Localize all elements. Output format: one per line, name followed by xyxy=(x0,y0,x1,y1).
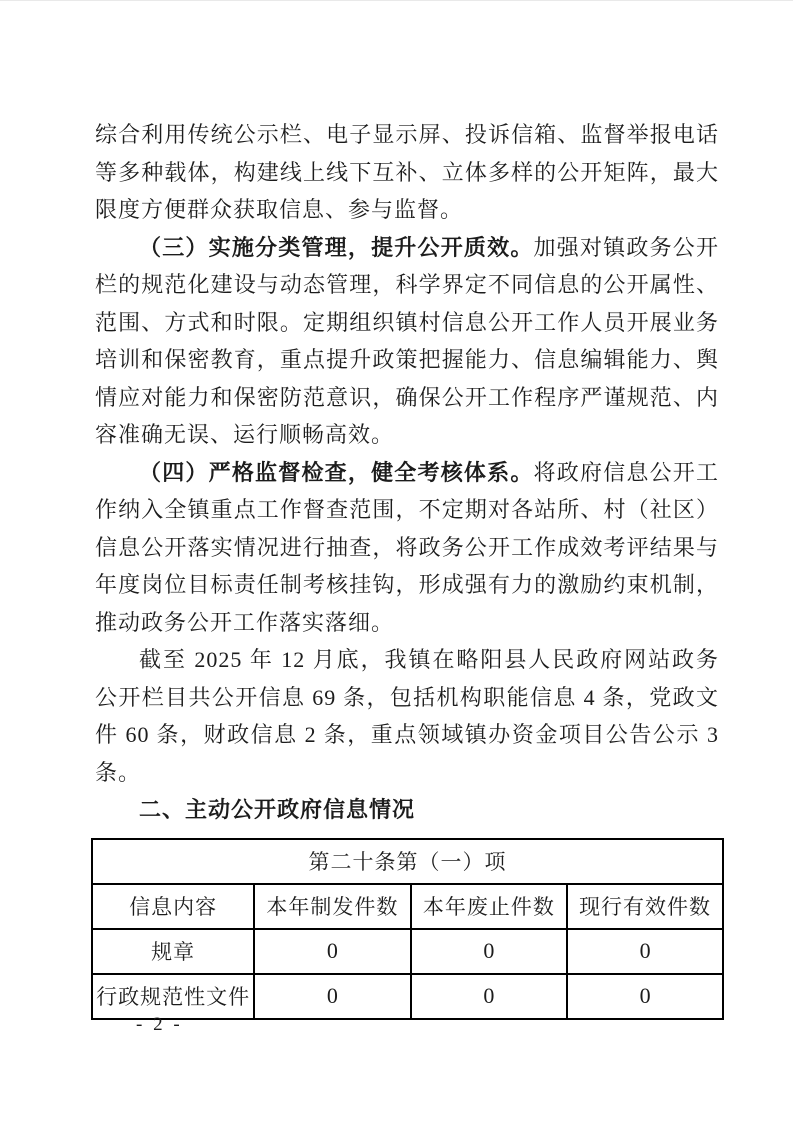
disclosure-table: 第二十条第（一）项 信息内容 本年制发件数 本年废止件数 现行有效件数 规章 0… xyxy=(91,838,724,1020)
cell-value: 0 xyxy=(411,929,567,974)
table-title: 第二十条第（一）项 xyxy=(92,839,723,884)
document-page: 综合利用传统公示栏、电子显示屏、投诉信箱、监督举报电话等多种载体，构建线上线下互… xyxy=(0,0,793,1122)
table-title-row: 第二十条第（一）项 xyxy=(92,839,723,884)
column-header-issued-this-year: 本年制发件数 xyxy=(254,884,410,929)
section-3-lead: （三）实施分类管理，提升公开质效。 xyxy=(139,235,534,260)
document-content: 综合利用传统公示栏、电子显示屏、投诉信箱、监督举报电话等多种载体，构建线上线下互… xyxy=(95,116,719,1020)
row-label-normative-documents: 行政规范性文件 xyxy=(92,974,254,1019)
body-text-run: 截至 2025 年 12 月底，我镇在略阳县人民政府网站政务公开栏目共公开信息 … xyxy=(95,647,719,785)
paragraph-section-4: （四）严格监督检查，健全考核体系。将政府信息公开工作纳入全镇重点工作督查范围，不… xyxy=(95,454,719,642)
row-label-regulations: 规章 xyxy=(92,929,254,974)
paragraph-statistics: 截至 2025 年 12 月底，我镇在略阳县人民政府网站政务公开栏目共公开信息 … xyxy=(95,641,719,791)
cell-value: 0 xyxy=(254,974,410,1019)
table-header-row: 信息内容 本年制发件数 本年废止件数 现行有效件数 xyxy=(92,884,723,929)
column-header-repealed-this-year: 本年废止件数 xyxy=(411,884,567,929)
cell-value: 0 xyxy=(411,974,567,1019)
paragraph-section-3: （三）实施分类管理，提升公开质效。加强对镇政务公开栏的规范化建设与动态管理，科学… xyxy=(95,229,719,454)
body-text-run: 综合利用传统公示栏、电子显示屏、投诉信箱、监督举报电话等多种载体，构建线上线下互… xyxy=(95,122,719,222)
cell-value: 0 xyxy=(254,929,410,974)
cell-value: 0 xyxy=(567,929,723,974)
body-text-run: 将政府信息公开工作纳入全镇重点工作督查范围，不定期对各站所、村（社区）信息公开落… xyxy=(95,460,719,635)
paragraph-continued: 综合利用传统公示栏、电子显示屏、投诉信箱、监督举报电话等多种载体，构建线上线下互… xyxy=(95,116,719,229)
cell-value: 0 xyxy=(567,974,723,1019)
page-number: - 2 - xyxy=(136,1014,183,1036)
table-row: 行政规范性文件 0 0 0 xyxy=(92,974,723,1019)
section-4-lead: （四）严格监督检查，健全考核体系。 xyxy=(139,460,534,485)
table-row: 规章 0 0 0 xyxy=(92,929,723,974)
column-header-info-content: 信息内容 xyxy=(92,884,254,929)
column-header-currently-effective: 现行有效件数 xyxy=(567,884,723,929)
body-text-run: 加强对镇政务公开栏的规范化建设与动态管理，科学界定不同信息的公开属性、范围、方式… xyxy=(95,235,719,448)
section-heading: 二、主动公开政府信息情况 xyxy=(95,791,719,829)
